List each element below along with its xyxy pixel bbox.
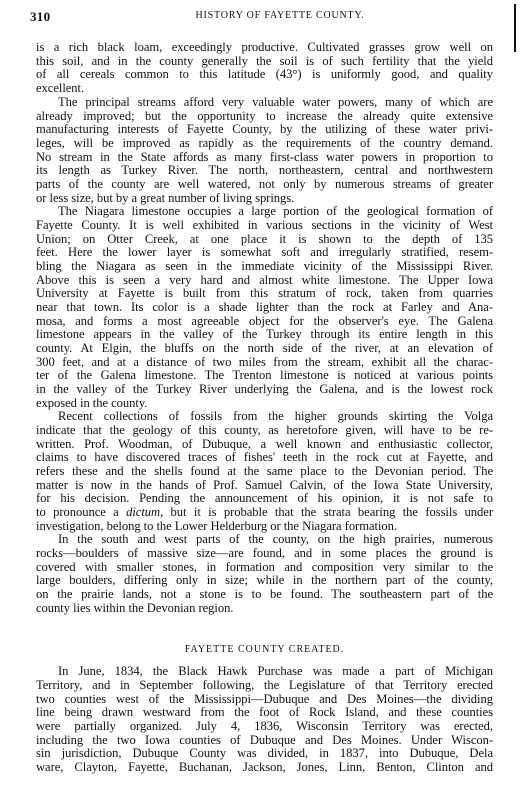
- text-line: covered with smaller stones, in formatio…: [36, 560, 493, 574]
- text-line: In the south and west parts of the count…: [58, 532, 493, 546]
- text-line: including the two Iowa counties of Dubuq…: [36, 733, 493, 747]
- text-line: Fayette County. It is well exhibited in …: [36, 218, 493, 232]
- text-line: large boulders, differing only in size; …: [36, 573, 493, 587]
- text-line: this soil, and in the county generally t…: [36, 54, 493, 68]
- text-line: No stream in the State affords as many f…: [36, 150, 493, 164]
- text-line: Union; on Otter Creek, at one place it i…: [36, 232, 493, 246]
- text-line: sin jurisdiction, Dubuque County was div…: [36, 746, 493, 760]
- text-line: claims to have discovered traces of fish…: [36, 450, 493, 464]
- text-line: ware, Clayton, Fayette, Buchanan, Jackso…: [36, 760, 493, 774]
- text-line: is a rich black loam, exceedingly produc…: [36, 40, 493, 54]
- text-line: for his decision. Pending the announceme…: [36, 491, 493, 505]
- text-line: line being drawn westward from the foot …: [36, 705, 493, 719]
- text-line: its length as Turkey River. The north, n…: [36, 163, 493, 177]
- text-line: limestone appears in the valley of the T…: [36, 327, 493, 341]
- text-line: on the prairie lands, not a stone is to …: [36, 587, 493, 601]
- text-line: mosa, and forms a most agreeable object …: [36, 314, 493, 328]
- text-line: in the valley of the Turkey River underl…: [36, 382, 493, 396]
- text-line: were partially organized. July 4, 1836, …: [36, 719, 493, 733]
- book-page: 310 HISTORY OF FAYETTE COUNTY. is a rich…: [0, 0, 520, 810]
- text-line: near that town. Its color is a shade lig…: [36, 300, 493, 314]
- section-heading: FAYETTE COUNTY CREATED.: [36, 644, 493, 655]
- text-line: 300 feet, and at a distance of two miles…: [36, 355, 493, 369]
- text-line: excellent.: [36, 81, 493, 95]
- text-span: to pronounce a: [36, 505, 126, 519]
- page-number: 310: [30, 9, 50, 25]
- text-line: to pronounce a dictum, but it is probabl…: [36, 505, 493, 519]
- text-line: written. Prof. Woodman, of Dubuque, a we…: [36, 437, 493, 451]
- text-line: feet. Here the lower layer is somewhat s…: [36, 245, 493, 259]
- text-line: parts of the county are well watered, no…: [36, 177, 493, 191]
- text-line: manufacturing interests of Fayette Count…: [36, 122, 493, 136]
- text-line: rocks—boulders of massive size—are found…: [36, 546, 493, 560]
- text-line: The Niagara limestone occupies a large p…: [58, 204, 493, 218]
- text-line: indicate that the geology of this county…: [36, 423, 493, 437]
- text-line: The principal streams afford very valuab…: [58, 95, 493, 109]
- text-line: or less size, but by a great number of l…: [36, 191, 493, 205]
- text-line: Territory, and in September following, t…: [36, 678, 493, 692]
- text-span: , but it is probable that the strata bea…: [160, 505, 493, 519]
- text-line: Above this is seen a very hard and almos…: [36, 273, 493, 287]
- text-line: ter of the Galena limestone. The Trenton…: [36, 368, 493, 382]
- text-line: refers these and the shells found at the…: [36, 464, 493, 478]
- text-line: University at Fayette is built from this…: [36, 286, 493, 300]
- text-line: bling the Niagara as seen in the immedia…: [36, 259, 493, 273]
- text-line: investigation, belong to the Lower Helde…: [36, 519, 493, 533]
- text-line: In June, 1834, the Black Hawk Purchase w…: [58, 664, 493, 678]
- text-line: of all cereals common to this latitude (…: [36, 67, 493, 81]
- text-line: two counties west of the Mississippi—Dub…: [36, 692, 493, 706]
- text-line: county lies within the Devonian region.: [36, 601, 493, 615]
- text-line: Recent collections of fossils from the h…: [58, 409, 493, 423]
- text-line: county. At Elgin, the bluffs on the nort…: [36, 341, 493, 355]
- scan-edge-bar: [514, 4, 516, 52]
- running-head: HISTORY OF FAYETTE COUNTY.: [180, 10, 380, 21]
- text-line: leges, will be improved as rapidly as th…: [36, 136, 493, 150]
- italic-term: dictum: [126, 505, 160, 519]
- text-line: already improved; but the opportunity to…: [36, 109, 493, 123]
- text-line: exposed in the county.: [36, 396, 493, 410]
- text-line: matter is now in the hands of Prof. Samu…: [36, 478, 493, 492]
